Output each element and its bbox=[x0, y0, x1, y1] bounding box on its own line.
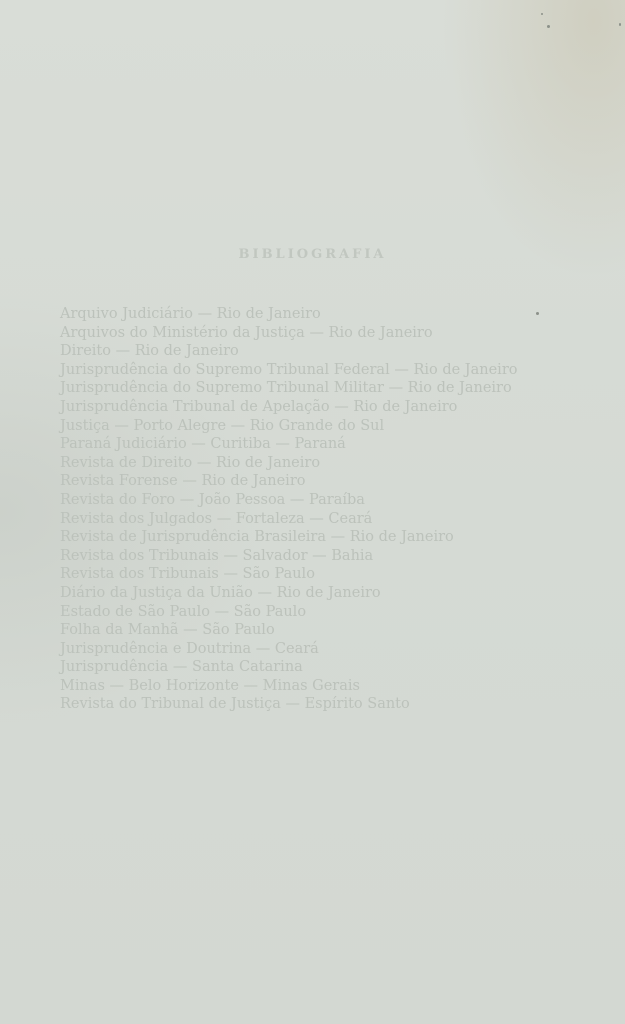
bibliography-entry: Revista do Tribunal de Justiça — Espírit… bbox=[60, 695, 572, 714]
paper-speck bbox=[619, 23, 621, 26]
bibliography-entry: Jurisprudência do Supremo Tribunal Milit… bbox=[60, 379, 572, 398]
bibliography-entry: Jurisprudência e Doutrina — Ceará bbox=[60, 640, 572, 659]
bibliography-entry: Folha da Manhã — São Paulo bbox=[60, 621, 572, 640]
bibliography-entry: Revista dos Tribunais — São Paulo bbox=[60, 565, 572, 584]
bibliography-entry: Revista Forense — Rio de Janeiro bbox=[60, 472, 572, 491]
paper-speck bbox=[536, 312, 539, 315]
bibliography-entry: Jurisprudência Tribunal de Apelação — Ri… bbox=[60, 398, 572, 417]
bibliography-entry: Revista de Direito — Rio de Janeiro bbox=[60, 454, 572, 473]
scanned-page: BIBLIOGRAFIA Arquivo Judiciário — Rio de… bbox=[0, 0, 625, 1024]
bibliography-entry: Minas — Belo Horizonte — Minas Gerais bbox=[60, 677, 572, 696]
bibliography-entry: Paraná Judiciário — Curitiba — Paraná bbox=[60, 435, 572, 454]
bibliography-entry: Arquivos do Ministério da Justiça — Rio … bbox=[60, 324, 572, 343]
bibliography-entry: Justiça — Porto Alegre — Rio Grande do S… bbox=[60, 417, 572, 436]
bibliography-entry: Jurisprudência — Santa Catarina bbox=[60, 658, 572, 677]
bibliography-entry: Revista de Jurisprudência Brasileira — R… bbox=[60, 528, 572, 547]
bibliography-entry: Revista do Foro — João Pessoa — Paraíba bbox=[60, 491, 572, 510]
paper-speck bbox=[541, 13, 543, 15]
bibliography-entry: Revista dos Tribunais — Salvador — Bahia bbox=[60, 547, 572, 566]
bibliography-entry: Jurisprudência do Supremo Tribunal Feder… bbox=[60, 361, 572, 380]
bibliography-entry: Direito — Rio de Janeiro bbox=[60, 342, 572, 361]
page-title: BIBLIOGRAFIA bbox=[0, 247, 625, 262]
bibliography-entry: Diário da Justiça da União — Rio de Jane… bbox=[60, 584, 572, 603]
paper-speck bbox=[547, 25, 550, 28]
bibliography-entry: Revista dos Julgados — Fortaleza — Ceará bbox=[60, 510, 572, 529]
bibliography-entry: Arquivo Judiciário — Rio de Janeiro bbox=[60, 305, 572, 324]
bibliography-entry: Estado de São Paulo — São Paulo bbox=[60, 603, 572, 622]
bibliography-list: Arquivo Judiciário — Rio de JaneiroArqui… bbox=[60, 305, 572, 714]
